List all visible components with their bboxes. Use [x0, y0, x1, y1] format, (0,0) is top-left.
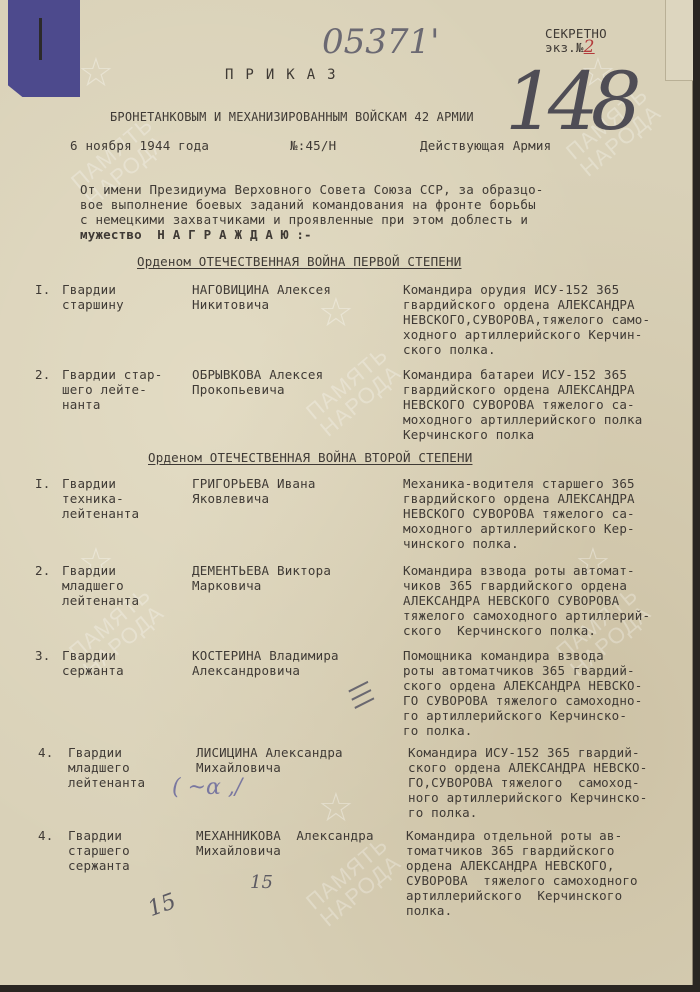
position-line: томатчиков 365 гвардийского [406, 843, 615, 858]
name-line: Прокопьевича [192, 382, 285, 397]
entry-number: 4. [38, 745, 53, 760]
rank-line: Гвардии стар- [62, 367, 162, 382]
name-line: Яковлевича [192, 491, 269, 506]
entry-number: 3. [35, 648, 50, 663]
rank-line: сержанта [62, 663, 124, 678]
position-line: моходного артиллерийского Кер- [403, 521, 635, 536]
rank-line: техника- [62, 491, 124, 506]
name-line: КОСТЕРИНА Владимира [192, 648, 339, 663]
rank-line: младшего [68, 760, 130, 775]
binder-tab [8, 0, 80, 97]
order-location: Действующая Армия [420, 138, 551, 153]
entry-name: КОСТЕРИНА Владимира Александровича [192, 648, 339, 678]
preamble-line: мужество Н А Г Р А Ж Д А Ю :- [80, 227, 312, 242]
position-line: НЕВСКОГО СУВОРОВА тяжелого са- [403, 397, 635, 412]
rank-line: старшего [68, 843, 130, 858]
position-line: НЕВСКОГО СУВОРОВА тяжелого са- [403, 506, 635, 521]
position-line: ГО СУВОРОВА тяжелого самоходно- [403, 693, 643, 708]
rank-line: Гвардии [68, 828, 122, 843]
position-line: го артиллерийского Керчинско- [403, 708, 627, 723]
entry-name: ОБРЫВКОВА Алексея Прокопьевича [192, 367, 323, 397]
entry-number: 4. [38, 828, 53, 843]
position-line: АЛЕКСАНДРА НЕВСКОГО СУВОРОВА [403, 593, 619, 608]
entry-rank: Гвардии старшего сержанта [68, 828, 130, 873]
entry-rank: Гвардии стар- шего лейте- нанта [62, 367, 162, 412]
order-date: 6 ноября 1944 года [70, 138, 209, 153]
name-line: ГРИГОРЬЕВА Ивана [192, 476, 316, 491]
pencil-mark: ( ~ɑ ,/ [172, 775, 242, 800]
entry-number: I. [35, 282, 50, 297]
rank-line: Гвардии [62, 476, 116, 491]
rank-line: Гвардии [68, 745, 122, 760]
entry-name: ДЕМЕНТЬЕВА Виктора Марковича [192, 563, 331, 593]
name-line: Михайловича [196, 843, 281, 858]
entry-name: НАГОВИЦИНА Алексея Никитовича [192, 282, 331, 312]
rank-line: Гвардии [62, 648, 116, 663]
entry-position: Механика-водителя старшего 365 гвардийск… [403, 476, 635, 551]
entry-rank: Гвардии младшего лейтенанта [62, 563, 139, 608]
position-line: чинского полка. [403, 536, 519, 551]
position-line: моходного артиллерийского полка [403, 412, 643, 427]
position-line: ного артиллерийского Керчинско- [408, 790, 648, 805]
position-line: го полка. [408, 805, 478, 820]
folded-corner [665, 0, 693, 81]
entry-rank: Гвардии техника- лейтенанта [62, 476, 139, 521]
document-subtitle: БРОНЕТАНКОВЫМ И МЕХАНИЗИРОВАННЫМ ВОЙСКАМ… [110, 110, 474, 125]
name-line: МЕХАННИКОВА Александра [196, 828, 374, 843]
position-line: НЕВСКОГО,СУВОРОВА,тяжелого само- [403, 312, 650, 327]
position-line: гвардийского ордена АЛЕКСАНДРА [403, 297, 635, 312]
handwritten-archive-number: 05371' [322, 22, 440, 62]
position-line: Командира батареи ИСУ-152 365 [403, 367, 627, 382]
rank-line: лейтенанта [68, 775, 145, 790]
position-line: тяжелого самоходного артиллерий- [403, 608, 650, 623]
position-line: ского ордена АЛЕКСАНДРА НЕВСКО- [403, 678, 643, 693]
rank-line: младшего [62, 578, 124, 593]
entry-name: ГРИГОРЬЕВА Ивана Яковлевича [192, 476, 316, 506]
document-page: ☆ ПАМЯТЬ НАРОДА ☆ ПАМЯТЬ НАРОДА ☆ ПАМЯТЬ… [0, 0, 693, 985]
preamble-line: вое выполнение боевых заданий командован… [80, 197, 536, 212]
position-line: гвардийского ордена АЛЕКСАНДРА [403, 491, 635, 506]
position-line: ордена АЛЕКСАНДРА НЕВСКОГО, [406, 858, 615, 873]
entry-rank: Гвардии сержанта [62, 648, 124, 678]
entry-position: Командира орудия ИСУ-152 365 гвардийског… [403, 282, 650, 357]
position-line: роты автоматчиков 365 гвардий- [403, 663, 635, 678]
name-line: ДЕМЕНТЬЕВА Виктора [192, 563, 331, 578]
position-line: Командира орудия ИСУ-152 365 [403, 282, 619, 297]
entry-rank: Гвардии старшину [62, 282, 124, 312]
copy-label-text: экз.№ [545, 40, 584, 55]
pencil-mark: 15 [250, 872, 273, 893]
order-number: №:45/Н [290, 138, 336, 153]
entry-rank: Гвардии младшего лейтенанта [68, 745, 145, 790]
name-line: ЛИСИЦИНА Александра [196, 745, 343, 760]
name-line: Никитовича [192, 297, 269, 312]
classification-stamp: СЕКРЕТНО [545, 26, 607, 41]
position-line: гвардийского ордена АЛЕКСАНДРА [403, 382, 635, 397]
handwritten-page-number: 148 [505, 62, 634, 142]
entry-number: 2. [35, 367, 50, 382]
position-line: артиллерийского Керчинского [406, 888, 622, 903]
position-line: го полка. [403, 723, 473, 738]
rank-line: лейтенанта [62, 593, 139, 608]
entry-number: I. [35, 476, 50, 491]
pencil-mark: 15 [145, 889, 180, 922]
rank-line: сержанта [68, 858, 130, 873]
rank-line: нанта [62, 397, 101, 412]
document-title: ПРИКАЗ [225, 68, 348, 83]
name-line: Марковича [192, 578, 262, 593]
position-line: полка. [406, 903, 452, 918]
entry-position: Командира отдельной роты ав- томатчиков … [406, 828, 638, 918]
preamble-line: с немецкими захватчиками и проявленные п… [80, 212, 528, 227]
position-line: ГО,СУВОРОВА тяжелого самоход- [408, 775, 640, 790]
staple-icon [39, 18, 42, 60]
name-line: НАГОВИЦИНА Алексея [192, 282, 331, 297]
position-line: Помощника командира взвода [403, 648, 604, 663]
position-line: чиков 365 гвардийского ордена [403, 578, 627, 593]
entry-name: ЛИСИЦИНА Александра Михайловича [196, 745, 343, 775]
position-line: ского полка. [403, 342, 496, 357]
rank-line: лейтенанта [62, 506, 139, 521]
entry-position: Командира ИСУ-152 365 гвардий- ского орд… [408, 745, 648, 820]
preamble-line: От имени Президиума Верховного Совета Со… [80, 182, 544, 197]
section-heading-first-degree: Орденом ОТЕЧЕСТВЕННАЯ ВОЙНА ПЕРВОЙ СТЕПЕ… [137, 254, 461, 269]
name-line: Александровича [192, 663, 300, 678]
entry-name: МЕХАННИКОВА Александра Михайловича [196, 828, 374, 858]
position-line: ходного артиллерийского Керчин- [403, 327, 643, 342]
position-line: Механика-водителя старшего 365 [403, 476, 635, 491]
rank-line: старшину [62, 297, 124, 312]
entry-position: Командира батареи ИСУ-152 365 гвардийско… [403, 367, 643, 442]
rank-line: Гвардии [62, 563, 116, 578]
position-line: Командира отдельной роты ав- [406, 828, 622, 843]
rank-line: Гвардии [62, 282, 116, 297]
entry-position: Командира взвода роты автомат- чиков 365… [403, 563, 650, 638]
name-line: ОБРЫВКОВА Алексея [192, 367, 323, 382]
rank-line: шего лейте- [62, 382, 147, 397]
pencil-mark: \\\ [343, 678, 380, 713]
copy-label: экз.№2 [545, 40, 595, 55]
copy-number: 2 [584, 37, 595, 57]
position-line: ского Керчинского полка. [403, 623, 596, 638]
entry-number: 2. [35, 563, 50, 578]
entry-position: Помощника командира взвода роты автоматч… [403, 648, 643, 738]
star-watermark-icon: ☆ [318, 785, 354, 831]
position-line: ского ордена АЛЕКСАНДРА НЕВСКО- [408, 760, 648, 775]
position-line: Командира ИСУ-152 365 гвардий- [408, 745, 640, 760]
position-line: СУВОРОВА тяжелого самоходного [406, 873, 638, 888]
name-line: Михайловича [196, 760, 281, 775]
section-heading-second-degree: Орденом ОТЕЧЕСТВЕННАЯ ВОЙНА ВТОРОЙ СТЕПЕ… [148, 450, 472, 465]
star-watermark-icon: ☆ [78, 50, 114, 96]
position-line: Командира взвода роты автомат- [403, 563, 635, 578]
position-line: Керчинского полка [403, 427, 534, 442]
